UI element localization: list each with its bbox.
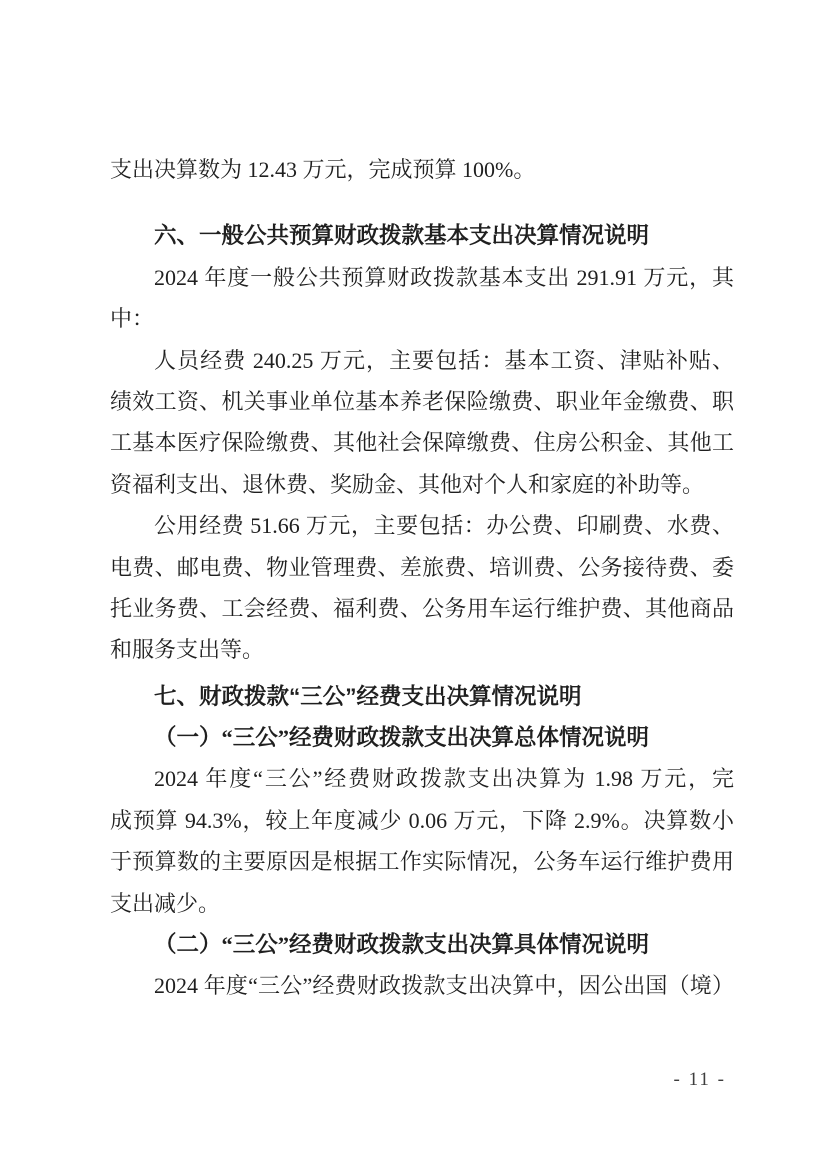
paragraph-last-line: 中： <box>110 298 734 339</box>
paragraph-last-line: 和服务支出等。 <box>110 629 734 670</box>
document-body: 支出决算数为 12.43 万元，完成预算 100%。 六、一般公共预算财政拨款基… <box>110 149 734 1007</box>
subsection-heading-overall-situation: （一）“三公”经费财政拨款支出决算总体情况说明 <box>110 717 734 758</box>
paragraph-first-line: 2024 年度“三公”经费财政拨款支出决算中，因公出国（境） <box>110 965 734 1006</box>
subsection-heading-specific-situation: （二）“三公”经费财政拨款支出决算具体情况说明 <box>110 924 734 965</box>
section-heading-basic-expenditure: 六、一般公共预算财政拨款基本支出决算情况说明 <box>110 215 734 256</box>
body-text-line: 工基本医疗保险缴费、其他社会保障缴费、住房公积金、其他工 <box>110 422 734 463</box>
continued-paragraph-line: 支出决算数为 12.43 万元，完成预算 100%。 <box>110 149 734 190</box>
body-text-line: 托业务费、工会经费、福利费、公务用车运行维护费、其他商品 <box>110 588 734 629</box>
document-page: 支出决算数为 12.43 万元，完成预算 100%。 六、一般公共预算财政拨款基… <box>0 0 826 1169</box>
paragraph-first-line: 2024 年度“三公”经费财政拨款支出决算为 1.98 万元，完 <box>110 758 734 799</box>
paragraph-last-line: 支出减少。 <box>110 883 734 924</box>
body-text-line: 于预算数的主要原因是根据工作实际情况，公务车运行维护费用 <box>110 841 734 882</box>
paragraph-first-line: 2024 年度一般公共预算财政拨款基本支出 291.91 万元，其 <box>110 257 734 298</box>
paragraph-last-line: 资福利支出、退休费、奖励金、其他对个人和家庭的补助等。 <box>110 464 734 505</box>
body-text-line: 电费、邮电费、物业管理费、差旅费、培训费、公务接待费、委 <box>110 547 734 588</box>
page-number: - 11 - <box>674 1069 726 1091</box>
section-heading-three-public-funds: 七、财政拨款“三公”经费支出决算情况说明 <box>110 676 734 717</box>
paragraph-first-line: 人员经费 240.25 万元，主要包括：基本工资、津贴补贴、 <box>110 340 734 381</box>
body-text-line: 绩效工资、机关事业单位基本养老保险缴费、职业年金缴费、职 <box>110 381 734 422</box>
paragraph-first-line: 公用经费 51.66 万元，主要包括：办公费、印刷费、水费、 <box>110 505 734 546</box>
body-text-line: 成预算 94.3%，较上年度减少 0.06 万元，下降 2.9%。决算数小 <box>110 800 734 841</box>
